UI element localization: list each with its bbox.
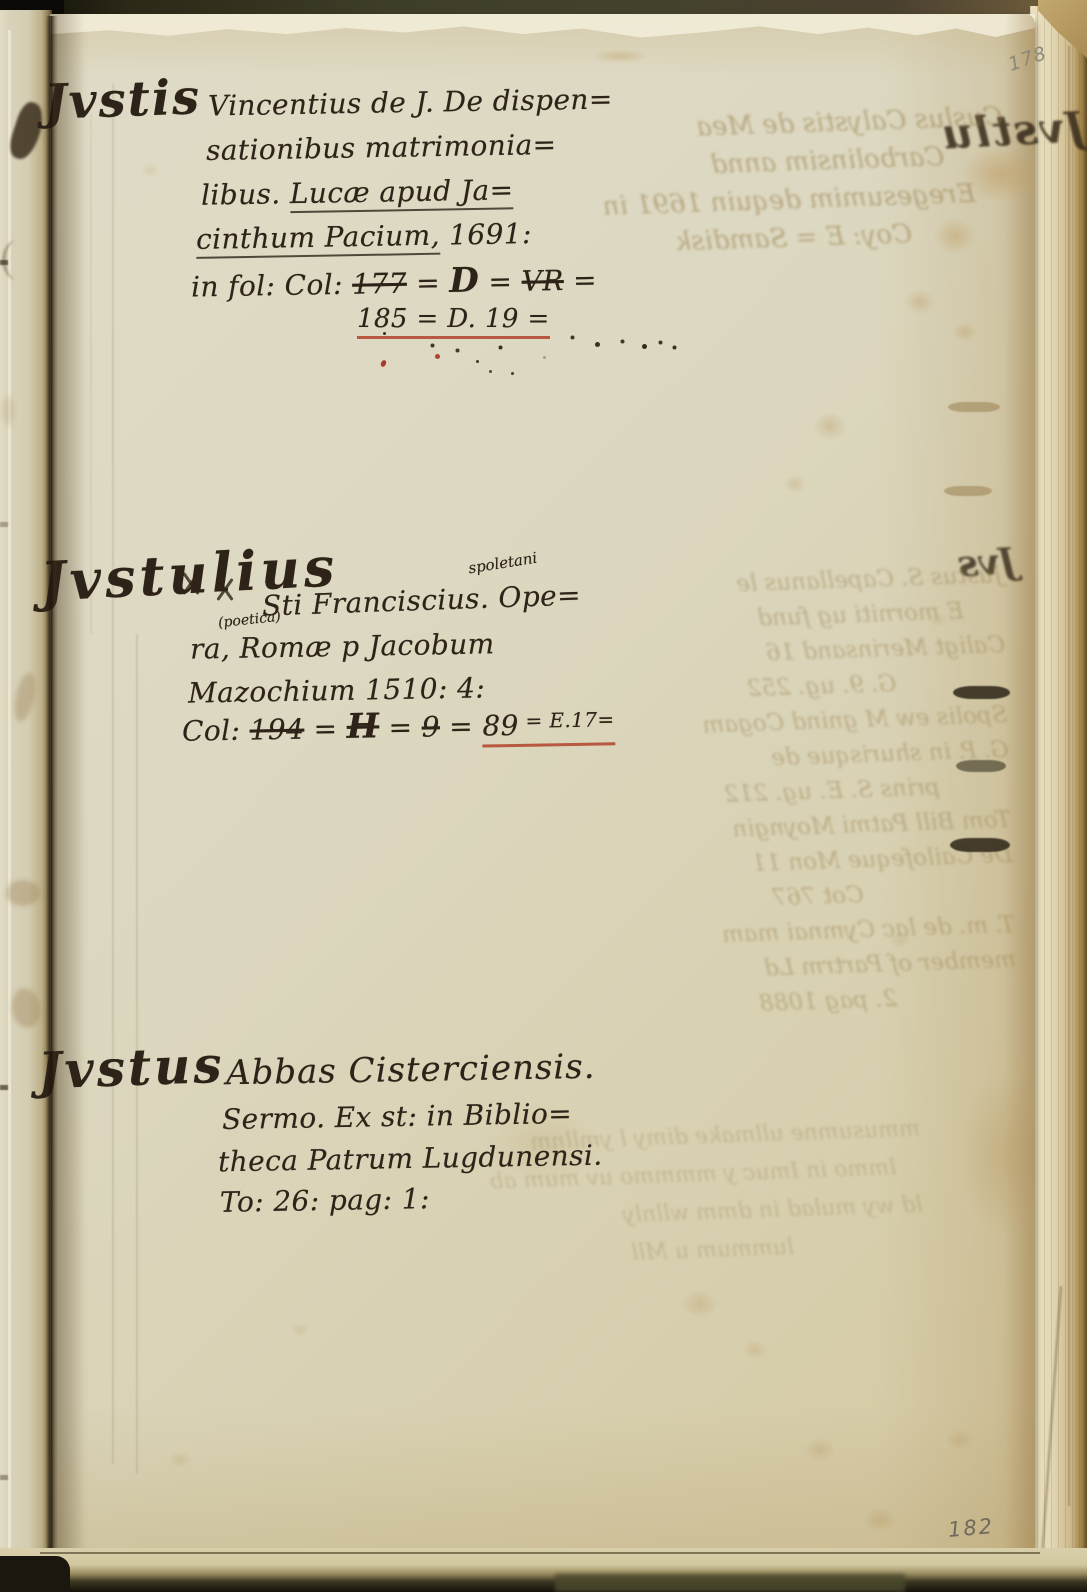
shelfmark-segment: = [304, 712, 347, 746]
entry-text-segment: libus. [201, 177, 290, 212]
shelfmark-new: 89 = E.17= [482, 707, 615, 747]
entry-text-line: sationibus matrimonia= [206, 128, 557, 167]
entry-headword: Jvstus [37, 1035, 225, 1100]
stain [11, 671, 39, 724]
folio-number-bottom: 182 [947, 1514, 995, 1542]
shelfmark-segment: = [563, 263, 597, 297]
struck-shelfmark: 177 [352, 267, 407, 301]
fore-edge-pages [1030, 6, 1087, 1566]
ink-fragment [0, 1085, 8, 1090]
facing-page-sliver [0, 10, 52, 1580]
stain [9, 986, 42, 1030]
entry-text-segment: 1691: [440, 217, 533, 252]
ink-dash [956, 760, 1006, 772]
page-bottom-edge [40, 1552, 1040, 1554]
shelfmark-segment: = [479, 265, 522, 299]
ink-fragment [6, 99, 49, 162]
photo-corner-dark [0, 1556, 70, 1592]
shelfmark-line-old: in fol: Col: 177 = D = VR = [191, 258, 598, 305]
ink-fragment [0, 260, 8, 265]
entry-headword: Jvstis [43, 69, 202, 130]
struck-shelfmark: 9 [421, 710, 440, 743]
fore-edge-crease [1041, 1286, 1063, 1556]
shelfmark-line-new: 185 = D. 19 = [357, 304, 550, 339]
binding-gutter [46, 16, 58, 1564]
manuscript-page: Jvstlu Cuslus Calystis de MeaCarbolinsim… [50, 14, 1035, 1562]
book-bottom-edge [0, 1548, 1087, 1592]
manuscript-photo: Jvstlu Cuslus Calystis de MeaCarbolinsim… [0, 0, 1087, 1592]
entry-text-line: Mazochium 1510: 4: [188, 671, 486, 709]
underlined-imprint: cinthum Pacium, [196, 219, 440, 259]
torn-top-edge [50, 14, 1035, 42]
ink-fragment [0, 1475, 8, 1480]
entry-text-line: Sermo. Ex st: in Biblio= [222, 1097, 573, 1136]
bleedthrough-block: Justus S. Capellanus leE morniti ug fund… [537, 558, 1018, 1029]
shelfmark-segment: = [379, 711, 422, 745]
shelfmark-segment: = E.17= [519, 707, 615, 733]
shelfmark-segment: Col: [182, 714, 250, 748]
ink-dash [944, 486, 992, 496]
bleedthrough-block: mmusumne ullmake dimy l ymllnmlmmo in Im… [489, 1111, 924, 1278]
struck-shelfmark: VR [521, 264, 564, 298]
struck-shelfmark: 194 [249, 713, 304, 747]
entry-text-line: libus. Lucæ apud Ja= [201, 173, 514, 211]
red-speck [380, 359, 387, 367]
shelfmark-segment: = [407, 266, 450, 300]
entry-text-line: cinthum Pacium, 1691: [196, 217, 532, 256]
marginal-note: (poetica) [217, 609, 281, 631]
bleedthrough-block: Cuslus Calystis de MeaCarbolinsim anndEr… [532, 98, 1007, 266]
entry-headword-suffix: Abbas Cisterciensis. [226, 1047, 596, 1093]
book-cover-glimpse [555, 1574, 905, 1592]
struck-shelfmark: H [346, 706, 379, 747]
entry-text-line: To: 26: pag: 1: [220, 1182, 430, 1219]
red-speck [435, 354, 440, 359]
shelfmark-line-old: Col: 194 = H = 9 = 89 = E.17= [182, 702, 615, 750]
stain [6, 880, 40, 906]
shelfmark-segment: in fol: Col: [191, 268, 353, 304]
stain [2, 396, 14, 426]
entry-text-line: theca Patrum Lugdunensi. [218, 1139, 603, 1179]
shelfmark-segment: 89 [482, 709, 519, 743]
paper-fold [112, 84, 114, 1464]
fore-edge-crease [1068, 46, 1070, 1506]
ink-dash [948, 402, 1000, 412]
shelfmark-letter: D [449, 261, 480, 302]
entry-text-line: ra, Romæ p Jacobum [190, 627, 495, 665]
ink-fragment [0, 522, 8, 527]
underlined-imprint: Lucæ apud Ja= [290, 173, 514, 213]
entry-text-line: Vincentius de J. De dispen= [208, 82, 613, 122]
shelfmark-segment: = [440, 710, 483, 744]
marginal-note: spoletani [467, 549, 538, 578]
ink-dash [953, 686, 1010, 699]
ink-dash [950, 838, 1010, 852]
